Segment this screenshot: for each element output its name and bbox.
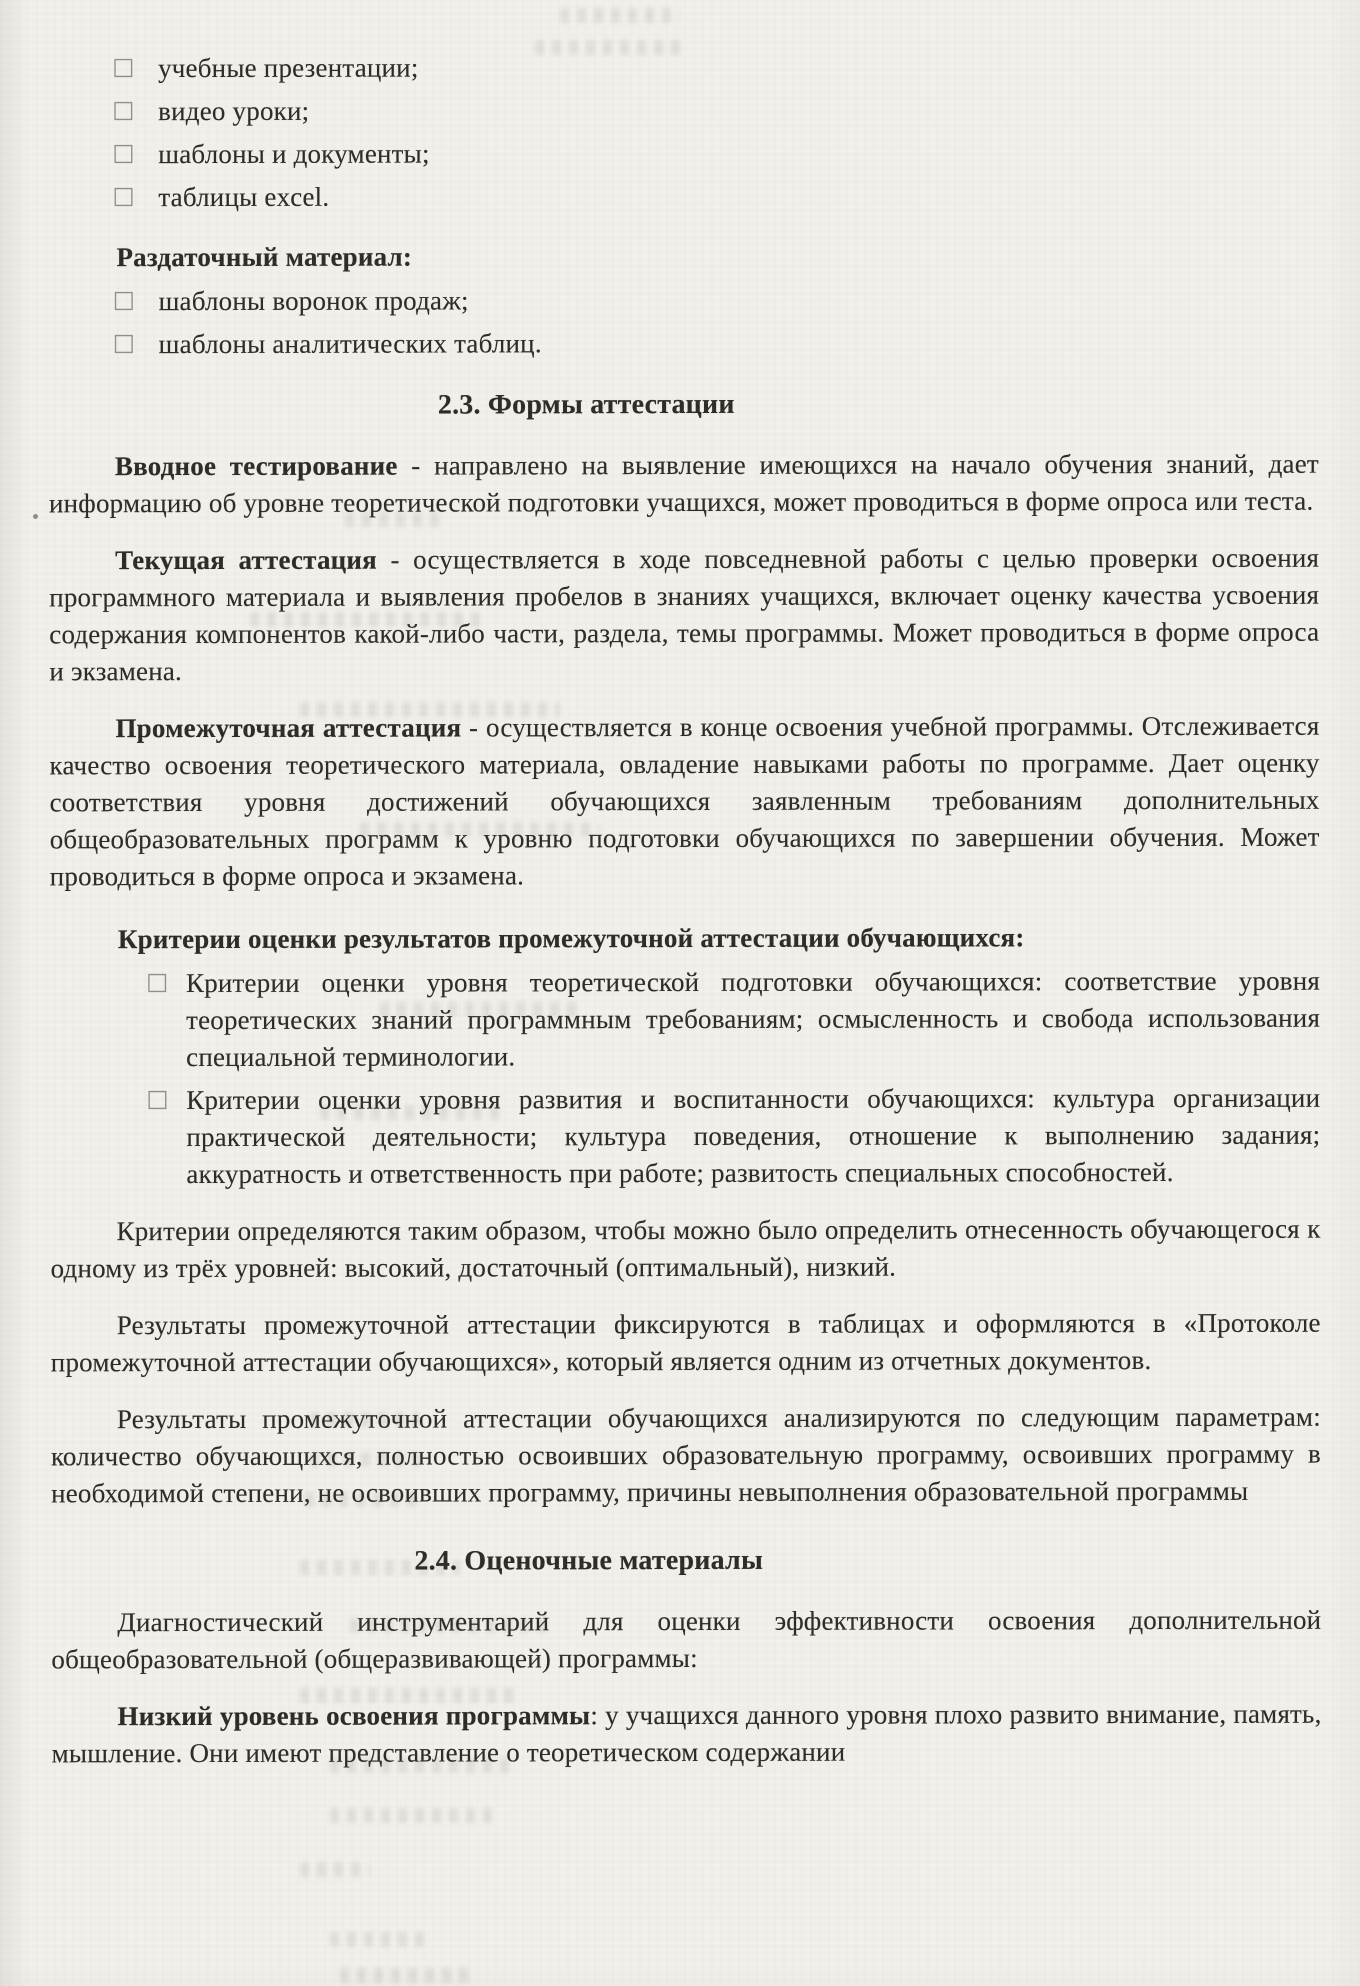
list-item: ☐ учебные презентации; <box>112 45 1318 91</box>
checkbox-bullet-icon: ☐ <box>112 47 158 90</box>
paragraph-intro-testing: Вводное тестирование - направлено на выя… <box>49 446 1319 523</box>
document-content: ☐ учебные презентации; ☐ видео уроки; ☐ … <box>0 0 1360 1986</box>
list-item: ☐ видео уроки; <box>112 88 1318 134</box>
list-item-text: Критерии оценки уровня теоретической под… <box>186 963 1320 1076</box>
list-item: ☐ шаблоны и документы; <box>112 131 1318 177</box>
paragraph-current-attestation: Текущая аттестация - осуществляется в хо… <box>49 540 1319 691</box>
paragraph-interim-attestation: Промежуточная аттестация - осуществляетс… <box>49 708 1319 896</box>
section-2-3-heading: 2.3. Формы аттестации <box>49 382 1124 428</box>
handout-heading: Раздаточный материал: <box>116 233 1318 280</box>
list-item-text: шаблоны аналитических таблиц. <box>159 322 542 366</box>
list-item-text: таблицы excel. <box>158 176 329 219</box>
paragraph-results-protocol: Результаты промежуточной аттестации фикс… <box>51 1305 1321 1382</box>
criteria-list: ☐ Критерии оценки уровня теоретической п… <box>50 963 1320 1194</box>
checkbox-bullet-icon: ☐ <box>113 280 159 323</box>
scanned-document-page: ☐ учебные презентации; ☐ видео уроки; ☐ … <box>0 0 1360 1986</box>
list-item-text: шаблоны и документы; <box>158 133 430 177</box>
checkbox-bullet-icon: ☐ <box>146 1082 186 1119</box>
materials-list: ☐ учебные презентации; ☐ видео уроки; ☐ … <box>48 45 1318 220</box>
list-item: ☐ Критерии оценки уровня развития и восп… <box>146 1080 1320 1193</box>
paragraph-low-level: Низкий уровень освоения программы: у уча… <box>51 1696 1321 1773</box>
list-item-text: учебные презентации; <box>158 47 419 91</box>
checkbox-bullet-icon: ☐ <box>113 323 159 366</box>
list-item: ☐ шаблоны воронок продаж; <box>113 278 1319 324</box>
list-item: ☐ шаблоны аналитических таблиц. <box>113 321 1319 367</box>
paragraph-lead: Текущая аттестация <box>115 545 377 576</box>
paragraph-results-analysis: Результаты промежуточной аттестации обуч… <box>51 1399 1321 1513</box>
paragraph-lead: Низкий уровень освоения программы <box>117 1700 590 1731</box>
checkbox-bullet-icon: ☐ <box>146 965 186 1002</box>
paragraph-lead: Вводное тестирование <box>115 451 398 482</box>
checkbox-bullet-icon: ☐ <box>112 133 158 176</box>
list-item-text: шаблоны воронок продаж; <box>159 279 469 323</box>
handout-list: ☐ шаблоны воронок продаж; ☐ шаблоны анал… <box>49 278 1319 367</box>
criteria-heading: Критерии оценки результатов промежуточно… <box>118 917 1320 960</box>
checkbox-bullet-icon: ☐ <box>112 176 158 219</box>
list-item: ☐ Критерии оценки уровня теоретической п… <box>146 963 1320 1076</box>
paragraph-diagnostic-tools: Диагностический инструментарий для оценк… <box>51 1602 1321 1679</box>
list-item-text: видео уроки; <box>158 90 309 133</box>
checkbox-bullet-icon: ☐ <box>112 90 158 133</box>
list-item-text: Критерии оценки уровня развития и воспит… <box>186 1080 1320 1193</box>
paragraph-lead: Промежуточная аттестация <box>115 712 461 743</box>
paragraph-criteria-levels: Критерии определяются таким образом, что… <box>50 1211 1320 1288</box>
section-2-4-heading: 2.4. Оценочные материалы <box>51 1538 1126 1584</box>
list-item: ☐ таблицы excel. <box>112 174 1318 220</box>
